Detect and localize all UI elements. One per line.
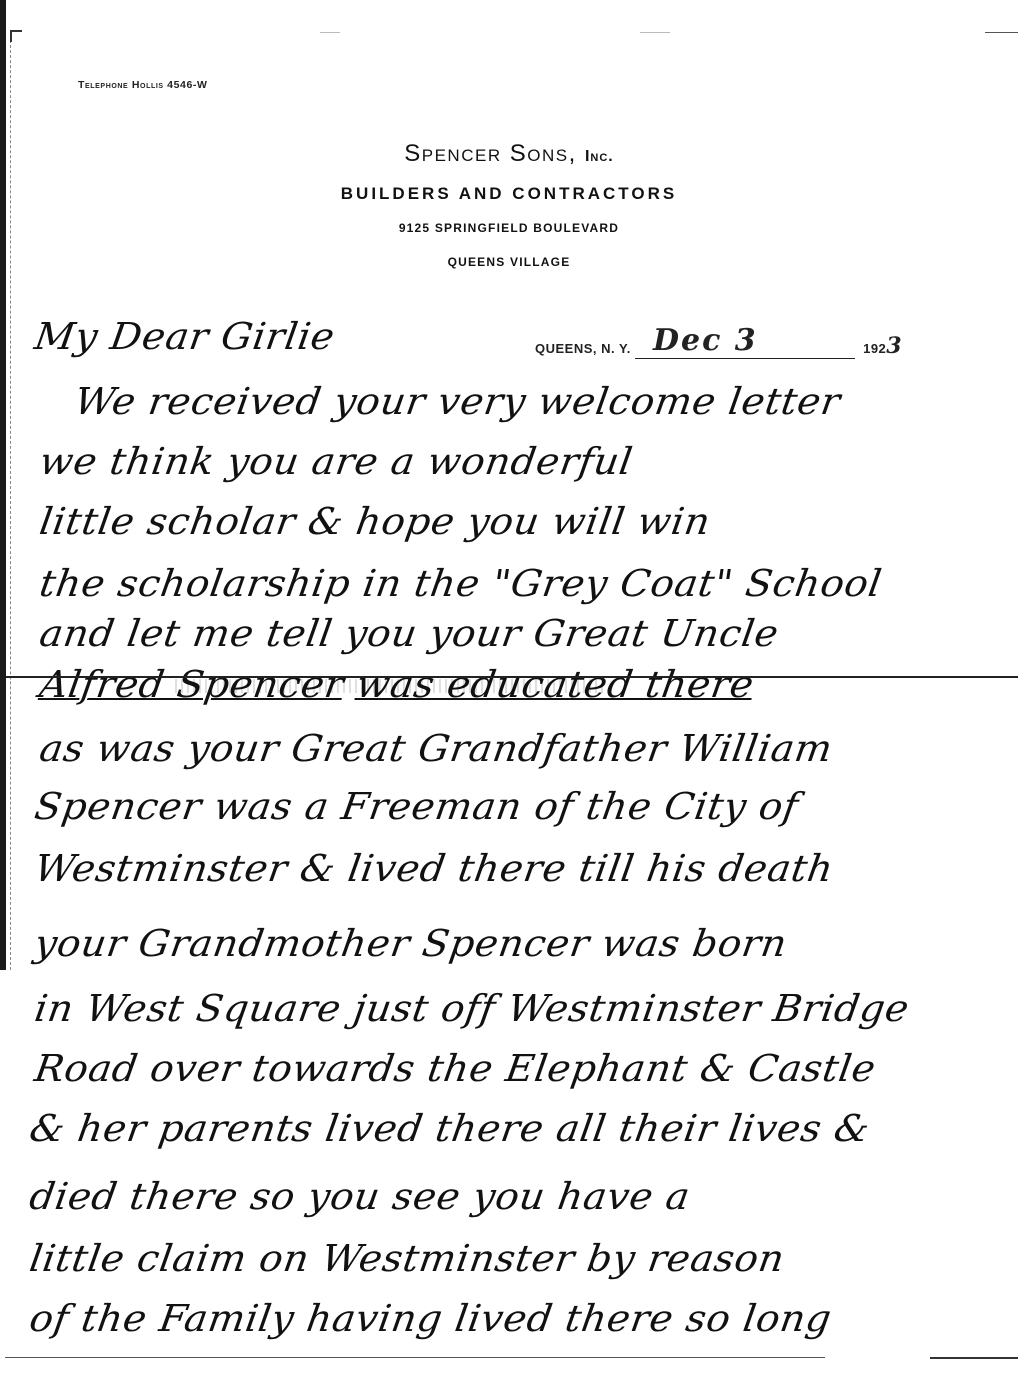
- letter-line: of the Family having lived there so long: [27, 1300, 834, 1337]
- letter-line: little claim on Westminster by reason: [27, 1240, 787, 1277]
- scan-edge-line: [10, 30, 11, 970]
- letter-line: Westminster & lived there till his death: [32, 850, 836, 887]
- letter-line: Spencer was a Freeman of the City of: [32, 788, 801, 825]
- letter-line: and let me tell you your Great Uncle: [37, 615, 781, 652]
- scan-artifact: [320, 32, 340, 33]
- fold-crease: [6, 676, 1018, 678]
- letter-line: your Grandmother Spencer was born: [32, 925, 789, 962]
- company-name: Spencer Sons,: [404, 140, 577, 167]
- letter-line: died there so you see you have a: [27, 1178, 692, 1215]
- letter-line: We received your very welcome letter: [72, 383, 843, 420]
- letter-line: little scholar & hope you will win: [37, 503, 713, 540]
- letter-line: as was your Great Grandfather William: [37, 730, 835, 767]
- letter-line: & her parents lived there all their live…: [27, 1110, 872, 1147]
- year-digit: 3: [886, 333, 902, 359]
- letterhead-company: Spencer Sons, Inc.: [0, 140, 1018, 168]
- letterhead-trade: BUILDERS AND CONTRACTORS: [0, 184, 1018, 204]
- salutation: My Dear Girlie: [32, 318, 337, 355]
- scan-artifact: [985, 32, 1018, 33]
- dateline-place: QUEENS, N. Y.: [535, 341, 631, 356]
- page-bottom-edge: [930, 1357, 1018, 1359]
- handwritten-date: Dec 3: [653, 323, 758, 358]
- letterhead-town: QUEENS VILLAGE: [0, 255, 1018, 269]
- letter-line: the scholarship in the "Grey Coat" Schoo…: [37, 565, 884, 602]
- company-suffix: Inc.: [585, 148, 614, 165]
- letterhead-telephone: Telephone Hollis 4546-W: [78, 79, 208, 91]
- page-corner-mark: [10, 30, 22, 42]
- year-prefix: 192: [863, 341, 886, 356]
- dateline: QUEENS, N. Y. Dec 3 1923: [535, 333, 902, 359]
- letter-line: we think you are a wonderful: [37, 443, 635, 480]
- fold-smudge: [175, 679, 605, 693]
- letter-line: Road over towards the Elephant & Castle: [32, 1050, 878, 1087]
- page-bottom-edge: [5, 1357, 825, 1358]
- scan-artifact: [640, 32, 670, 33]
- letter-line: in West Square just off Westminster Brid…: [32, 990, 911, 1027]
- date-field: Dec 3: [635, 342, 855, 359]
- letterhead-address: 9125 SPRINGFIELD BOULEVARD: [0, 221, 1018, 235]
